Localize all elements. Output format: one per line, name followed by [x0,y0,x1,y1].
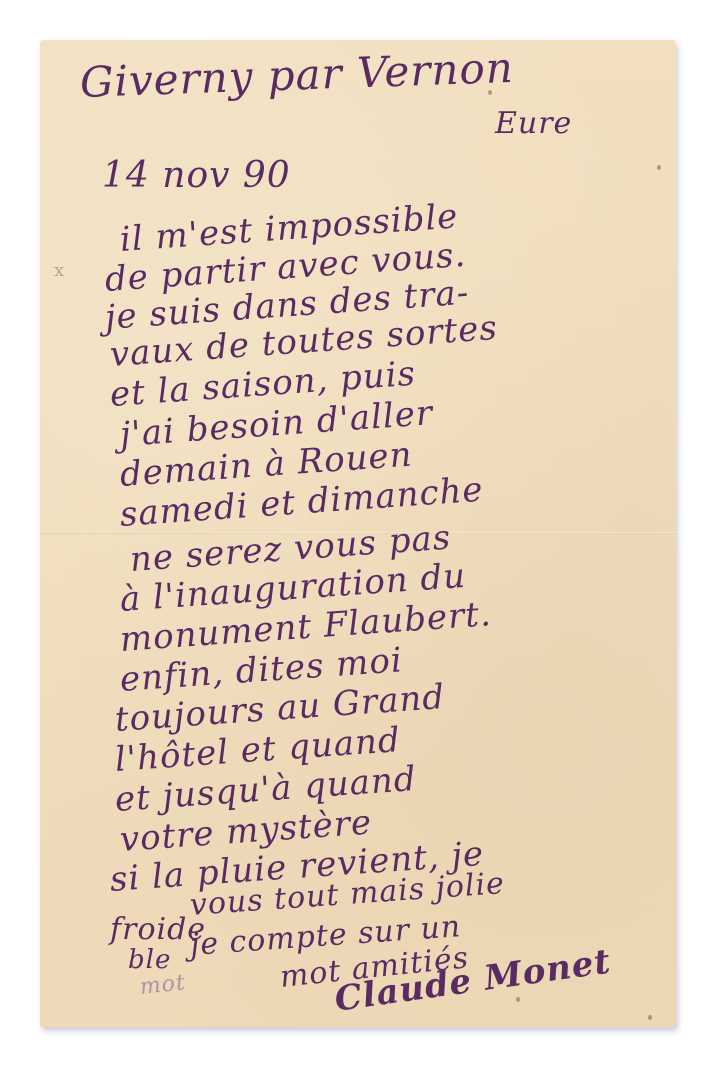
letter-date: 14 nov 90 [102,155,291,196]
letter-place: Giverny par Vernon [79,43,514,107]
letter-region: Eure [495,106,572,141]
letter-paper: Giverny par Vernon Eure 14 nov 90 x il m… [40,40,676,1027]
margin-note: x [54,260,65,281]
foxing-spot [516,997,520,1002]
closing-faint-word: mot [139,970,187,1000]
foxing-spot [488,90,492,95]
foxing-spot [648,1015,652,1020]
foxing-spot [657,165,661,170]
body-line: ble [128,945,171,975]
